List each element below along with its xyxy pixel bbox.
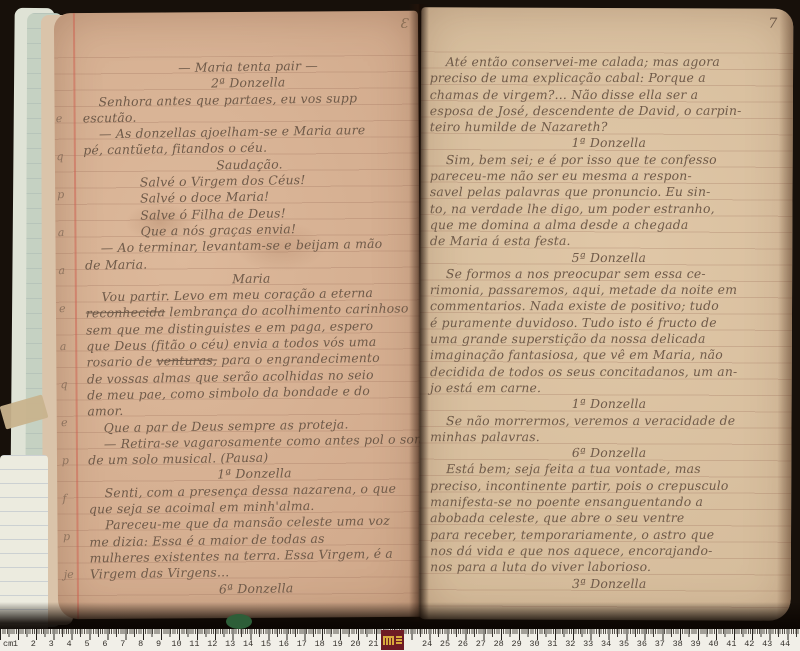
ruler-number: 5 bbox=[84, 639, 89, 649]
ruler-number: 10 bbox=[171, 639, 181, 649]
ruler-number: 32 bbox=[565, 639, 575, 649]
margin-letter: q bbox=[60, 378, 75, 416]
book-bottom-shadow bbox=[0, 602, 800, 632]
building-icon bbox=[383, 636, 394, 645]
margin-letter: je bbox=[64, 568, 79, 606]
left-page-corner-mark: Ɛ bbox=[400, 17, 408, 32]
ruler-number: 8 bbox=[138, 639, 143, 649]
ruler-number: 15 bbox=[261, 639, 271, 649]
ruler-number: 34 bbox=[601, 639, 611, 649]
ruler-number: 2 bbox=[31, 639, 36, 649]
ruler-number: 12 bbox=[207, 639, 217, 649]
ruler-number: 19 bbox=[332, 639, 342, 649]
ruler-number: 26 bbox=[458, 639, 468, 649]
margin-letter: e bbox=[56, 112, 71, 150]
ruler-number: 33 bbox=[583, 639, 593, 649]
book-gutter bbox=[409, 4, 429, 622]
margin-letter: a bbox=[60, 340, 75, 378]
manuscript-scan: Ɛ — Maria tenta pair —2ª DonzellaSenhora… bbox=[0, 0, 800, 651]
ruler-number: 7 bbox=[120, 639, 125, 649]
manuscript-line: rimonia, passaremos, aqui, metade da noi… bbox=[430, 282, 788, 299]
left-page: Ɛ — Maria tenta pair —2ª DonzellaSenhora… bbox=[54, 11, 422, 620]
manuscript-line: to, na verdade lhe digo, um poder estran… bbox=[430, 201, 788, 218]
right-page: 7 Até então conservei-me calada; mas ago… bbox=[419, 7, 794, 621]
ruler-number: 9 bbox=[156, 639, 161, 649]
margin-letter: f bbox=[62, 492, 77, 530]
margin-letter: a bbox=[58, 264, 73, 302]
ruler-number: 39 bbox=[690, 639, 700, 649]
ruler-number: 4 bbox=[67, 639, 72, 649]
ruler-number: 6 bbox=[102, 639, 107, 649]
manuscript-line: 5ª Donzella bbox=[430, 249, 788, 266]
ruler-number: 11 bbox=[189, 639, 199, 649]
right-page-text: Até então conservei-me calada; mas agora… bbox=[430, 54, 788, 592]
manuscript-line: uma grande superstição da nossa delicada bbox=[430, 331, 788, 348]
ruler-number: 16 bbox=[279, 639, 289, 649]
ruler-number: 28 bbox=[494, 639, 504, 649]
ruler-number: 13 bbox=[225, 639, 235, 649]
margin-letter: p bbox=[62, 454, 77, 492]
ruler-number: 37 bbox=[655, 639, 665, 649]
manuscript-line: teiro humilde de Nazareth? bbox=[430, 119, 788, 136]
manuscript-line: manifesta-se no poente ensanguentando a bbox=[430, 494, 788, 511]
ruler-number: 21 bbox=[368, 639, 378, 649]
margin-letter: e bbox=[61, 416, 76, 454]
margin-letter: q bbox=[56, 150, 71, 188]
manuscript-line: Sim, bem sei; e é por isso que te confes… bbox=[430, 152, 788, 169]
ruler-number: 27 bbox=[476, 639, 486, 649]
manuscript-line: Se formos a nos preocupar sem essa ce- bbox=[430, 266, 788, 283]
margin-letter: p bbox=[63, 530, 78, 568]
manuscript-line: nos dá vida e que nos aquece, encorajand… bbox=[430, 543, 788, 560]
manuscript-line: para receber, temporariamente, o astro q… bbox=[430, 526, 788, 543]
manuscript-line: pareceu-me não ser eu mesma a respon- bbox=[430, 168, 788, 185]
manuscript-line: jo está em carne. bbox=[430, 380, 788, 397]
left-page-text: — Maria tenta pair —2ª DonzellaSenhora a… bbox=[82, 56, 422, 599]
manuscript-line: minhas palavras. bbox=[430, 429, 788, 446]
ruler-number: 24 bbox=[422, 639, 432, 649]
manuscript-line: Se não morrermos, veremos a veracidade d… bbox=[430, 412, 788, 429]
ruler-number: 14 bbox=[243, 639, 253, 649]
manuscript-line: preciso, incontinente partir, pois o cre… bbox=[430, 478, 788, 495]
manuscript-line: Está bem; seja feita a tua vontade, mas bbox=[430, 461, 788, 478]
ruler-number: 18 bbox=[315, 639, 325, 649]
ruler-number: 44 bbox=[780, 639, 790, 649]
manuscript-line: 1ª Donzella bbox=[430, 396, 788, 413]
manuscript-line: 3ª Donzella bbox=[430, 575, 788, 592]
manuscript-line: nos para a luta do viver laborioso. bbox=[430, 559, 788, 576]
green-sticker-dot bbox=[226, 614, 252, 629]
page-number: 7 bbox=[768, 16, 777, 32]
ruler-number: 25 bbox=[440, 639, 450, 649]
manuscript-line: 6ª Donzella bbox=[430, 445, 788, 462]
ruler-number: 40 bbox=[708, 639, 718, 649]
ruler-number: 3 bbox=[49, 639, 54, 649]
manuscript-line: 1ª Donzella bbox=[430, 135, 788, 152]
archive-building-logo bbox=[381, 630, 404, 650]
manuscript-line: savel pelas palavras que pronuncio. Eu s… bbox=[430, 184, 788, 201]
measuring-ruler: cm 1234567891011121314151617181920212425… bbox=[0, 629, 800, 651]
manuscript-line: de Maria á esta festa. bbox=[430, 233, 788, 250]
margin-letter: e bbox=[59, 302, 74, 340]
ruler-number: 42 bbox=[744, 639, 754, 649]
ruler-number: 17 bbox=[297, 639, 307, 649]
ruler-number: 41 bbox=[726, 639, 736, 649]
margin-letter: a bbox=[58, 226, 73, 264]
manuscript-line: abobada celeste, que abre o seu ventre bbox=[430, 510, 788, 527]
manuscript-line: é puramente duvidoso. Tudo isto é fructo… bbox=[430, 315, 788, 332]
manuscript-line: commentarios. Nada existe de positivo; t… bbox=[430, 298, 788, 315]
logo-text-bars bbox=[396, 636, 402, 644]
ruler-number: 43 bbox=[762, 639, 772, 649]
ruler-number: 1 bbox=[13, 639, 18, 649]
ruler-number: 36 bbox=[637, 639, 647, 649]
margin-letter: p bbox=[57, 188, 72, 226]
ruler-number: 38 bbox=[673, 639, 683, 649]
manuscript-line: preciso de uma explicação cabal: Porque … bbox=[430, 70, 788, 87]
manuscript-line: chamas de virgem?... Não disse ella ser … bbox=[430, 86, 788, 103]
manuscript-line: Até então conservei-me calada; mas agora bbox=[430, 54, 788, 71]
manuscript-line: que me domina a alma desde a chegada bbox=[430, 217, 788, 234]
ruler-number: 20 bbox=[350, 639, 360, 649]
ruler-number: 35 bbox=[619, 639, 629, 649]
manuscript-line: esposa de José, descendente de David, o … bbox=[430, 103, 788, 120]
ruler-number: 29 bbox=[511, 639, 521, 649]
ruler-number: 30 bbox=[529, 639, 539, 649]
manuscript-line: decidida de todos os seus concitadanos, … bbox=[430, 363, 788, 380]
manuscript-line: imaginação fantasiosa, que vê em Maria, … bbox=[430, 347, 788, 364]
ruler-number: 31 bbox=[547, 639, 557, 649]
ruler-unit-label: cm bbox=[3, 639, 13, 649]
